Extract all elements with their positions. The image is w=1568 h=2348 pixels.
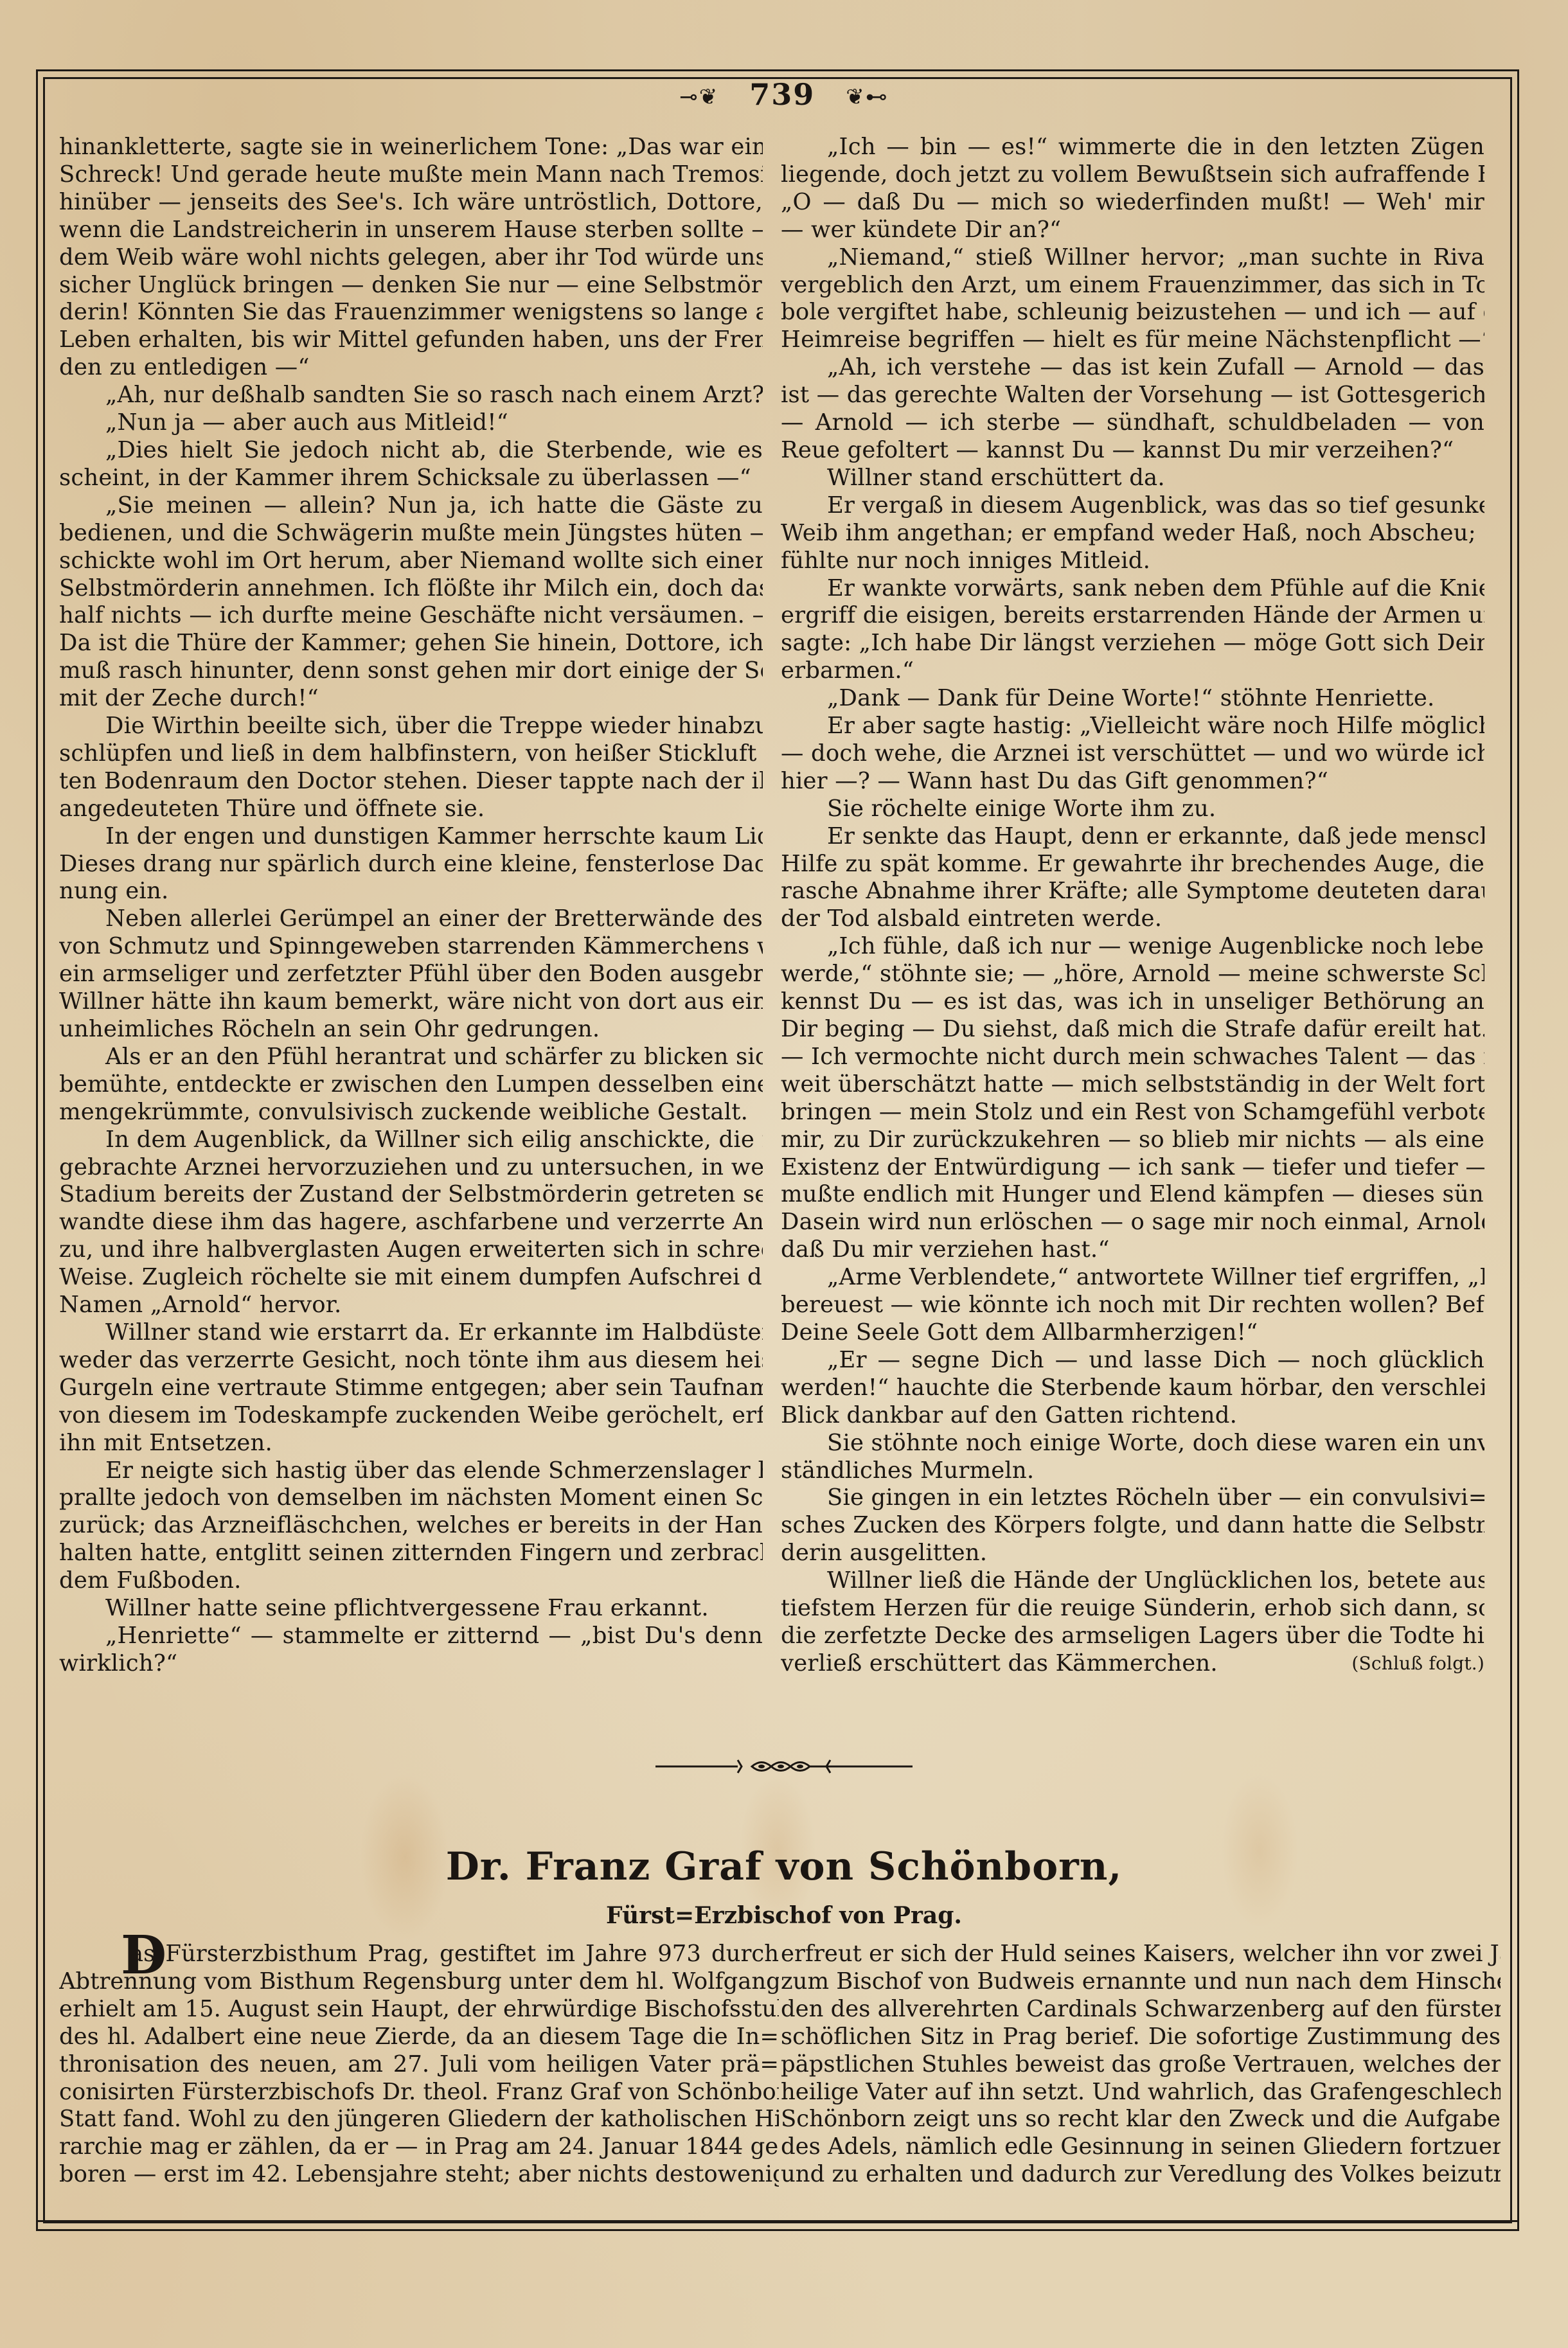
text-line: die zerfetzte Decke des armseligen Lager… <box>781 1623 1484 1650</box>
text-line: werde,“ stöhnte sie; — „höre, Arnold — m… <box>781 961 1484 988</box>
text-line: Weise. Zugleich röchelte sie mit einem d… <box>59 1264 763 1292</box>
text-line: Abtrennung vom Bisthum Regensburg unter … <box>59 1968 779 1996</box>
text-line: mußte endlich mit Hunger und Elend kämpf… <box>781 1181 1484 1209</box>
text-line: Weib ihm angethan; er empfand weder Haß,… <box>781 520 1484 547</box>
text-line: — Ich vermochte nicht durch mein schwach… <box>781 1044 1484 1071</box>
text-line: Deine Seele Gott dem Allbarmherzigen!“ <box>781 1319 1484 1347</box>
text-line: as Fürsterzbisthum Prag, gestiftet im Ja… <box>59 1941 779 1968</box>
text-line: Sie stöhnte noch einige Worte, doch dies… <box>781 1430 1484 1457</box>
text-line: — Arnold — ich sterbe — sündhaft, schuld… <box>781 409 1484 437</box>
text-line: thronisation des neuen, am 27. Juli vom … <box>59 2051 779 2079</box>
text-line: tiefstem Herzen für die reuige Sünderin,… <box>781 1595 1484 1623</box>
text-line: „Arme Verblendete,“ antwortete Willner t… <box>781 1264 1484 1292</box>
text-line: erhielt am 15. August sein Haupt, der eh… <box>59 1996 779 2023</box>
text-line: Dir beging — Du siehst, daß mich die Str… <box>781 1016 1484 1044</box>
text-line: Er senkte das Haupt, denn er erkannte, d… <box>781 823 1484 851</box>
text-line: scheint, in der Kammer ihrem Schicksale … <box>59 465 763 492</box>
ornament-right-icon: ❦⊷ <box>846 84 889 110</box>
text-line: zum Bischof von Budweis ernannte und nun… <box>781 1968 1501 1996</box>
text-line: „Sie meinen — allein? Nun ja, ich hatte … <box>59 492 763 520</box>
text-line: Hilfe zu spät komme. Er gewahrte ihr bre… <box>781 851 1484 878</box>
text-line: der Tod alsbald eintreten werde. <box>781 905 1484 933</box>
text-line: „Nun ja — aber auch aus Mitleid!“ <box>59 409 763 437</box>
text-line: Er vergaß in diesem Augenblick, was das … <box>781 492 1484 520</box>
text-line: Willner stand erschüttert da. <box>781 465 1484 492</box>
text-line: den zu entledigen —“ <box>59 354 763 382</box>
text-line: Sie gingen in ein letztes Röcheln über —… <box>781 1484 1484 1512</box>
bottom-rule <box>36 2220 1519 2222</box>
text-line: wenn die Landstreicherin in unserem Haus… <box>59 217 763 244</box>
text-line: Gurgeln eine vertraute Stimme entgegen; … <box>59 1374 763 1402</box>
text-line: weder das verzerrte Gesicht, noch tönte … <box>59 1347 763 1374</box>
article-headline: Dr. Franz Graf von Schönborn, <box>0 1844 1568 1889</box>
text-line: schöflichen Sitz in Prag berief. Die sof… <box>781 2023 1501 2051</box>
text-line: bringen — mein Stolz und ein Rest von Sc… <box>781 1099 1484 1126</box>
text-line: päpstlichen Stuhles beweist das große Ve… <box>781 2051 1501 2079</box>
text-line: sagte: „Ich habe Dir längst verziehen — … <box>781 630 1484 657</box>
text-line: erbarmen.“ <box>781 657 1484 685</box>
text-line: liegende, doch jetzt zu vollem Bewußtsei… <box>781 161 1484 189</box>
text-line: Existenz der Entwürdigung — ich sank — t… <box>781 1154 1484 1182</box>
text-line: sicher Unglück bringen — denken Sie nur … <box>59 272 763 299</box>
text-line: Schreck! Und gerade heute mußte mein Man… <box>59 161 763 189</box>
text-line: rarchie mag er zählen, da er — in Prag a… <box>59 2133 779 2161</box>
text-line: daß Du mir verziehen hast.“ <box>781 1236 1484 1264</box>
text-line: Er neigte sich hastig über das elende Sc… <box>59 1457 763 1485</box>
text-line: Selbstmörderin annehmen. Ich flößte ihr … <box>59 575 763 603</box>
continuation-note: (Schluß folgt.) <box>1351 1650 1484 1678</box>
article-column-left: as Fürsterzbisthum Prag, gestiftet im Ja… <box>59 1941 779 2189</box>
text-line: „Ich — bin — es!“ wimmerte die in den le… <box>781 134 1484 161</box>
story-column-left: hinankletterte, sagte sie in weinerliche… <box>59 134 763 1678</box>
text-line: — wer kündete Dir an?“ <box>781 217 1484 244</box>
text-line: des Adels, nämlich edle Gesinnung in sei… <box>781 2133 1501 2161</box>
section-divider-ornament-icon <box>655 1757 913 1776</box>
text-line: fühlte nur noch inniges Mitleid. <box>781 547 1484 575</box>
text-line: „Henriette“ — stammelte er zitternd — „b… <box>59 1623 763 1650</box>
text-line: weit überschätzt hatte — mich selbststän… <box>781 1071 1484 1099</box>
text-line: Neben allerlei Gerümpel an einer der Bre… <box>59 905 763 933</box>
text-line: kennst Du — es ist das, was ich in unsel… <box>781 988 1484 1016</box>
text-line: In der engen und dunstigen Kammer herrsc… <box>59 823 763 851</box>
text-line: Als er an den Pfühl herantrat und schärf… <box>59 1044 763 1071</box>
text-line: In dem Augenblick, da Willner sich eilig… <box>59 1126 763 1154</box>
text-line: hinankletterte, sagte sie in weinerliche… <box>59 134 763 161</box>
text-line: ergriff die eisigen, bereits erstarrende… <box>781 602 1484 630</box>
text-line: Namen „Arnold“ hervor. <box>59 1292 763 1319</box>
text-line: werden!“ hauchte die Sterbende kaum hörb… <box>781 1374 1484 1402</box>
text-line: muß rasch hinunter, denn sonst gehen mir… <box>59 657 763 685</box>
text-line: „Dies hielt Sie jedoch nicht ab, die Ste… <box>59 437 763 465</box>
text-line: des hl. Adalbert eine neue Zierde, da an… <box>59 2023 779 2051</box>
text-line: „Ich fühle, daß ich nur — wenige Augenbl… <box>781 933 1484 961</box>
text-line: zu, und ihre halbverglasten Augen erweit… <box>59 1236 763 1264</box>
text-line: verließ erschüttert das Kämmerchen.(Schl… <box>781 1650 1484 1678</box>
text-line: Heimreise begriffen — hielt es für meine… <box>781 326 1484 354</box>
text-line: Dieses drang nur spärlich durch eine kle… <box>59 851 763 878</box>
text-line: „O — daß Du — mich so wiederfinden mußt!… <box>781 189 1484 217</box>
page-header: ⊸❦ 739 ❦⊷ <box>0 77 1568 112</box>
text-line: „Ah, nur deßhalb sandten Sie so rasch na… <box>59 382 763 409</box>
text-line: schickte wohl im Ort herum, aber Niemand… <box>59 547 763 575</box>
text-line: „Ah, ich verstehe — das ist kein Zufall … <box>781 354 1484 382</box>
text-line: ist — das gerechte Walten der Vorsehung … <box>781 382 1484 409</box>
text-line: Willner hatte seine pflichtvergessene Fr… <box>59 1595 763 1623</box>
text-line: mengekrümmte, convulsivisch zuckende wei… <box>59 1099 763 1126</box>
text-line: halten hatte, entglitt seinen zitternden… <box>59 1540 763 1567</box>
text-line: dem Fußboden. <box>59 1567 763 1595</box>
text-line: nung ein. <box>59 878 763 905</box>
text-line: angedeuteten Thüre und öffnete sie. <box>59 796 763 823</box>
text-line: Dasein wird nun erlöschen — o sage mir n… <box>781 1209 1484 1236</box>
text-line: Da ist die Thüre der Kammer; gehen Sie h… <box>59 630 763 657</box>
text-line: wirklich?“ <box>59 1650 763 1678</box>
story-column-right: „Ich — bin — es!“ wimmerte die in den le… <box>781 134 1484 1678</box>
text-line: ihn mit Entsetzen. <box>59 1430 763 1457</box>
text-line: „Niemand,“ stieß Willner hervor; „man su… <box>781 244 1484 272</box>
text-line: zurück; das Arzneifläschchen, welches er… <box>59 1512 763 1540</box>
text-line: Die Wirthin beeilte sich, über die Trepp… <box>59 713 763 740</box>
text-line: hier —? — Wann hast Du das Gift genommen… <box>781 768 1484 796</box>
text-line: heilige Vater auf ihn setzt. Und wahrlic… <box>781 2079 1501 2106</box>
article-column-right: erfreut er sich der Huld seines Kaisers,… <box>781 1941 1501 2189</box>
text-line: sches Zucken des Körpers folgte, und dan… <box>781 1512 1484 1540</box>
text-line: „Dank — Dank für Deine Worte!“ stöhnte H… <box>781 685 1484 713</box>
text-line: Leben erhalten, bis wir Mittel gefunden … <box>59 326 763 354</box>
text-line: — doch wehe, die Arznei ist verschüttet … <box>781 740 1484 768</box>
text-line: wandte diese ihm das hagere, aschfarbene… <box>59 1209 763 1236</box>
text-line: half nichts — ich durfte meine Geschäfte… <box>59 602 763 630</box>
text-line: Er wankte vorwärts, sank neben dem Pfühl… <box>781 575 1484 603</box>
text-line: Sie röchelte einige Worte ihm zu. <box>781 796 1484 823</box>
text-line: ein armseliger und zerfetzter Pfühl über… <box>59 961 763 988</box>
text-line: Er aber sagte hastig: „Vielleicht wäre n… <box>781 713 1484 740</box>
text-line: dem Weib wäre wohl nichts gelegen, aber … <box>59 244 763 272</box>
text-line: „Er — segne Dich — und lasse Dich — noch… <box>781 1347 1484 1374</box>
text-line: hinüber — jenseits des See's. Ich wäre u… <box>59 189 763 217</box>
text-line: Schönborn zeigt uns so recht klar den Zw… <box>781 2106 1501 2133</box>
text-line: Reue gefoltert — kannst Du — kannst Du m… <box>781 437 1484 465</box>
text-line: bedienen, und die Schwägerin mußte mein … <box>59 520 763 547</box>
text-line: unheimliches Röcheln an sein Ohr gedrung… <box>59 1016 763 1044</box>
text-line: den des allverehrten Cardinals Schwarzen… <box>781 1996 1501 2023</box>
text-line: boren — erst im 42. Lebensjahre steht; a… <box>59 2161 779 2189</box>
text-line: und zu erhalten und dadurch zur Veredlun… <box>781 2161 1501 2189</box>
text-line: conisirten Fürsterzbischofs Dr. theol. F… <box>59 2079 779 2106</box>
text-line: Blick dankbar auf den Gatten richtend. <box>781 1402 1484 1430</box>
text-line: erfreut er sich der Huld seines Kaisers,… <box>781 1941 1501 1968</box>
text-line: Willner stand wie erstarrt da. Er erkann… <box>59 1319 763 1347</box>
text-line: Willner hätte ihn kaum bemerkt, wäre nic… <box>59 988 763 1016</box>
text-line: rasche Abnahme ihrer Kräfte; alle Sympto… <box>781 878 1484 905</box>
text-line: ten Bodenraum den Doctor stehen. Dieser … <box>59 768 763 796</box>
text-line: schlüpfen und ließ in dem halbfinstern, … <box>59 740 763 768</box>
text-line: derin ausgelitten. <box>781 1540 1484 1567</box>
text-line: Willner ließ die Hände der Unglücklichen… <box>781 1567 1484 1595</box>
text-line: bereuest — wie könnte ich noch mit Dir r… <box>781 1292 1484 1319</box>
text-line: bemühte, entdeckte er zwischen den Lumpe… <box>59 1071 763 1099</box>
text-line: mit der Zeche durch!“ <box>59 685 763 713</box>
text-line: mir, zu Dir zurückzukehren — so blieb mi… <box>781 1126 1484 1154</box>
ornament-left-icon: ⊸❦ <box>679 84 718 110</box>
text-line: prallte jedoch von demselben im nächsten… <box>59 1484 763 1512</box>
text-line: Statt fand. Wohl zu den jüngeren Glieder… <box>59 2106 779 2133</box>
text-line: bole vergiftet habe, schleunig beizusteh… <box>781 299 1484 326</box>
text-line: vergeblich den Arzt, um einem Frauenzimm… <box>781 272 1484 299</box>
text-line: von diesem im Todeskampfe zuckenden Weib… <box>59 1402 763 1430</box>
text-line: von Schmutz und Spinngeweben starrenden … <box>59 933 763 961</box>
text-line: gebrachte Arznei hervorzuziehen und zu u… <box>59 1154 763 1182</box>
text-line: ständliches Murmeln. <box>781 1457 1484 1485</box>
page-number: 739 <box>749 77 815 112</box>
text-line: derin! Könnten Sie das Frauenzimmer weni… <box>59 299 763 326</box>
text-line: Stadium bereits der Zustand der Selbstmö… <box>59 1181 763 1209</box>
article-subheadline: Fürst=Erzbischof von Prag. <box>0 1902 1568 1929</box>
